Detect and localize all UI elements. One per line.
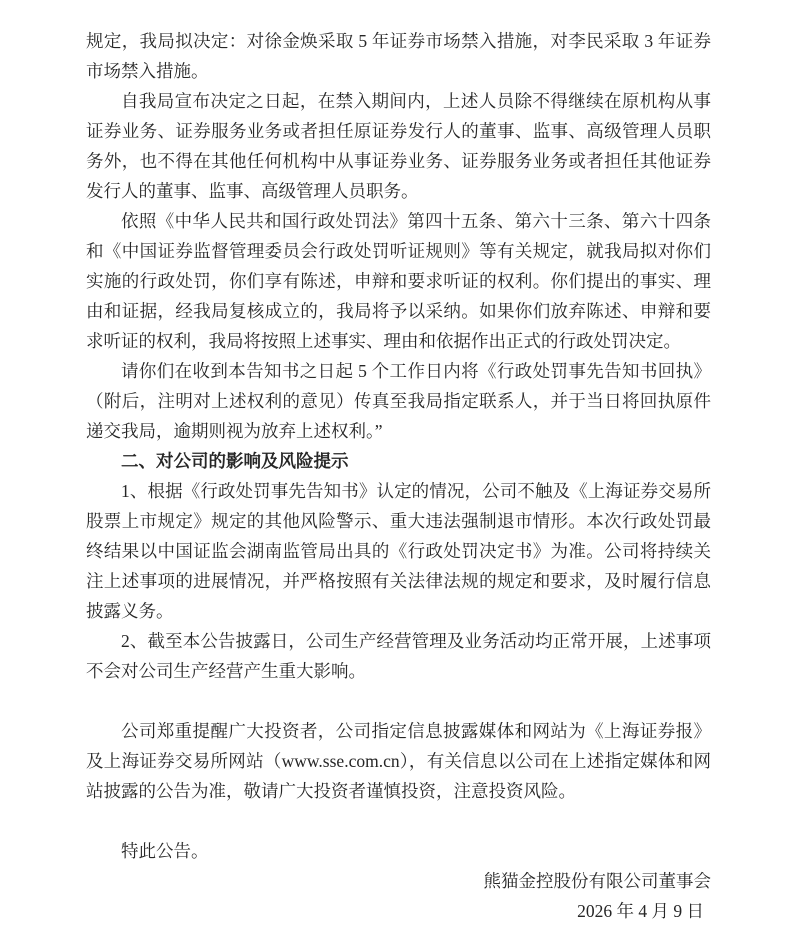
signature-date: 2026 年 4 月 9 日 (86, 896, 711, 925)
closing-line: 特此公告。 (86, 836, 711, 866)
document-page: 规定，我局拟决定：对徐金焕采取 5 年证券市场禁入措施，对李民采取 3 年证券市… (0, 0, 789, 925)
paragraph-risk-item-2: 2、截至本公告披露日，公司生产经营管理及业务活动均正常开展，上述事项不会对公司生… (86, 626, 711, 686)
paragraph-penalty-decision: 规定，我局拟决定：对徐金焕采取 5 年证券市场禁入措施，对李民采取 3 年证券市… (86, 26, 711, 86)
paragraph-risk-item-1: 1、根据《行政处罚事先告知书》认定的情况，公司不触及《上海证券交易所股票上市规定… (86, 476, 711, 626)
section-heading-impact-risk: 二、对公司的影响及风险提示 (86, 446, 711, 476)
paragraph-ban-scope: 自我局宣布决定之日起，在禁入期间内，上述人员除不得继续在原机构从事证券业务、证券… (86, 86, 711, 206)
announcement-body: 规定，我局拟决定：对徐金焕采取 5 年证券市场禁入措施，对李民采取 3 年证券市… (86, 26, 711, 925)
paragraph-receipt-instruction: 请你们在收到本告知书之日起 5 个工作日内将《行政处罚事先告知书回执》（附后，注… (86, 356, 711, 446)
paragraph-investor-reminder: 公司郑重提醒广大投资者，公司指定信息披露媒体和网站为《上海证券报》及上海证券交易… (86, 716, 711, 806)
paragraph-legal-basis-rights: 依照《中华人民共和国行政处罚法》第四十五条、第六十三条、第六十四条和《中国证券监… (86, 206, 711, 356)
signature-company: 熊猫金控股份有限公司董事会 (86, 866, 711, 896)
